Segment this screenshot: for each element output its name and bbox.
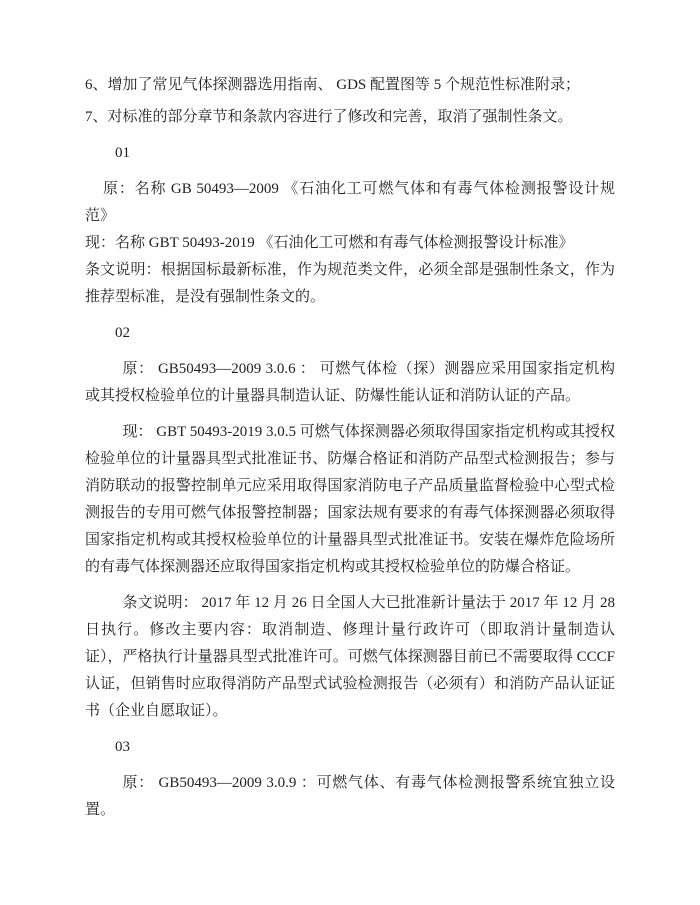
document-content: 6、增加了常见气体探测器选用指南、 GDS 配置图等 5 个规范性标准附录；7、… (85, 72, 615, 824)
body-paragraph: 条文说明： 2017 年 12 月 26 日全国人大已批准新计量法于 2017 … (85, 590, 615, 725)
body-paragraph: 原：名称 GB 50493—2009 《石油化工可燃气体和有毒气体检测报警设计规… (85, 176, 615, 230)
list-item: 7、对标准的部分章节和条款内容进行了修改和完善，取消了强制性条文。 (85, 104, 615, 131)
document-page: 6、增加了常见气体探测器选用指南、 GDS 配置图等 5 个规范性标准附录；7、… (0, 0, 700, 905)
body-paragraph: 现： GBT 50493-2019 3.0.5 可燃气体探测器必须取得国家指定机… (85, 419, 615, 581)
body-paragraph: 原： GB50493—2009 3.0.9 ：可燃气体、有毒气体检测报警系统宜独… (85, 770, 615, 824)
body-paragraph: 现：名称 GBT 50493-2019 《石油化工可燃和有毒气体检测报警设计标准… (85, 230, 615, 257)
body-paragraph: 条文说明：根据国标最新标准，作为规范类文件，必须全部是强制性条文，作为推荐型标准… (85, 257, 615, 311)
section-number: 02 (85, 320, 615, 347)
section-number: 01 (85, 140, 615, 167)
list-item: 6、增加了常见气体探测器选用指南、 GDS 配置图等 5 个规范性标准附录； (85, 72, 615, 99)
body-paragraph: 原： GB50493—2009 3.0.6 ： 可燃气体检（探）测器应采用国家指… (85, 356, 615, 410)
section-number: 03 (85, 734, 615, 761)
